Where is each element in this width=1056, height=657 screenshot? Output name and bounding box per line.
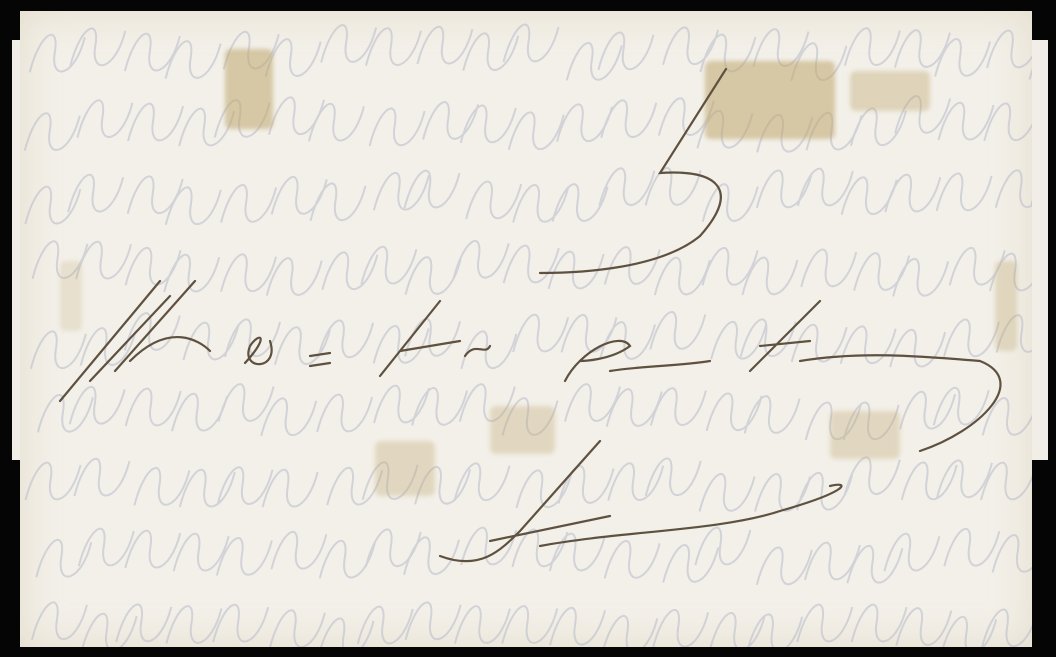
rate-marking-5 [540, 69, 726, 273]
handwriting [20, 11, 1032, 647]
letter-sheet: 5 Ill.mo Sig.r Avv.o Enrico Ferniani Fer… [20, 11, 1032, 647]
